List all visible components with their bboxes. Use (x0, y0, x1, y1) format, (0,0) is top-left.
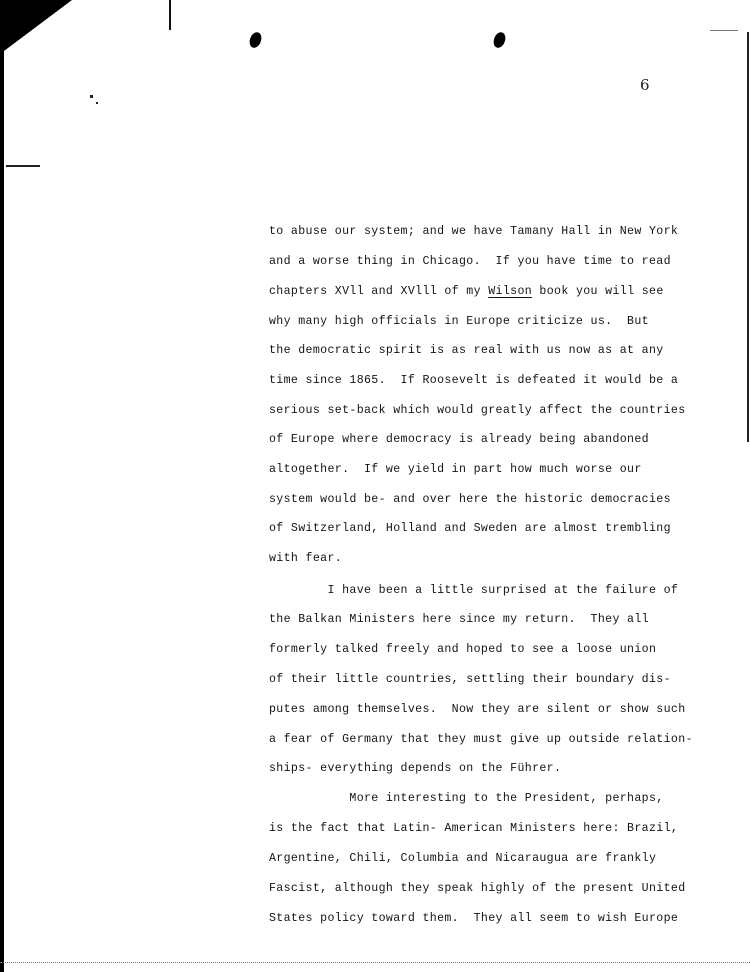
text-line: ships- everything depends on the Führer. (269, 761, 561, 777)
text-line: More interesting to the President, perha… (269, 791, 664, 807)
text-line: I have been a little surprised at the fa… (269, 583, 678, 599)
text-line: chapters XVll and XVlll of my Wilson boo… (269, 284, 664, 300)
scan-speck (96, 102, 98, 104)
scan-top-mark (169, 0, 171, 30)
text-line: and a worse thing in Chicago. If you hav… (269, 254, 671, 270)
text-line: why many high officials in Europe critic… (269, 314, 649, 330)
text-line: of Switzerland, Holland and Sweden are a… (269, 521, 671, 537)
document-page: 6 to abuse our system; and we have Taman… (0, 0, 750, 972)
text-line: system would be- and over here the histo… (269, 492, 671, 508)
text-line: altogether. If we yield in part how much… (269, 462, 642, 478)
text-line: of Europe where democracy is already bei… (269, 432, 649, 448)
text-line: serious set-back which would greatly aff… (269, 403, 686, 419)
scan-right-edge (747, 32, 749, 442)
text-line: formerly talked freely and hoped to see … (269, 642, 656, 658)
text-line: Argentine, Chili, Columbia and Nicaraugu… (269, 851, 656, 867)
text-line: of their little countries, settling thei… (269, 672, 671, 688)
text-line: the Balkan Ministers here since my retur… (269, 612, 649, 628)
underlined-title: Wilson (488, 285, 532, 298)
text-line: the democratic spirit is as real with us… (269, 343, 664, 359)
text-line: is the fact that Latin- American Ministe… (269, 821, 678, 837)
page-number: 6 (640, 76, 650, 94)
text-line: with fear. (269, 551, 342, 567)
text-line: time since 1865. If Roosevelt is defeate… (269, 373, 678, 389)
text-line-end: book you will see (532, 285, 664, 298)
scan-left-edge (0, 50, 4, 972)
text-line-start: chapters XVll and XVlll of my (269, 285, 488, 298)
scan-corner-shadow (0, 0, 72, 54)
text-line: to abuse our system; and we have Tamany … (269, 224, 678, 240)
text-line: States policy toward them. They all seem… (269, 911, 678, 927)
scan-speck (90, 95, 93, 98)
punch-hole-right (492, 31, 508, 50)
scan-mark (710, 30, 738, 31)
text-line: Fascist, although they speak highly of t… (269, 881, 686, 897)
scan-mark (6, 165, 40, 167)
scan-bottom-edge (0, 962, 750, 965)
text-line: putes among themselves. Now they are sil… (269, 702, 686, 718)
punch-hole-left (248, 31, 264, 50)
text-line: a fear of Germany that they must give up… (269, 732, 693, 748)
